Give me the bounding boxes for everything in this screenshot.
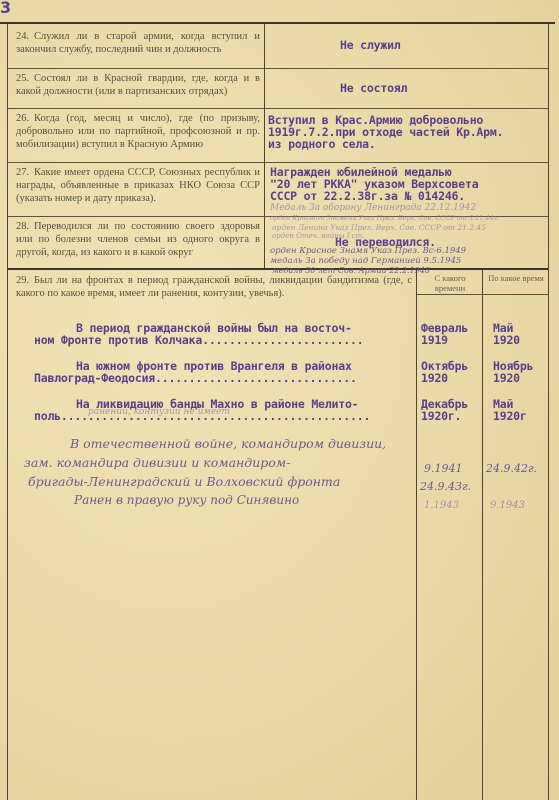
entry-1-from-year: 1919 bbox=[421, 334, 448, 346]
question-25: 25.Состоял ли в Красной гвардии, где, ко… bbox=[16, 72, 260, 98]
row-divider bbox=[8, 108, 548, 109]
handwritten-line-1: В отечественной войне, командиром дивизи… bbox=[70, 436, 386, 451]
question-27: 27.Какие имеет ордена СССР, Союзных респ… bbox=[16, 166, 260, 205]
handwritten-to-1: 24.9.42г. bbox=[486, 462, 537, 475]
left-border bbox=[7, 24, 8, 800]
answer-26-line-3: из родного села. bbox=[268, 138, 376, 150]
entry-2-line-2: Павлоград-Феодосия......................… bbox=[34, 372, 357, 384]
entry-2-from-year: 1920 bbox=[421, 372, 448, 384]
question-26: 26.Когда (год, месяц и число), где (по п… bbox=[16, 112, 260, 151]
handwritten-from-2: 24.9.43г. bbox=[420, 480, 471, 493]
column-header-divider bbox=[417, 294, 548, 295]
column-header-from: С какого времени bbox=[420, 273, 480, 293]
handwritten-line-4: Ранен в правую руку под Синявино bbox=[74, 493, 299, 507]
right-border bbox=[548, 24, 549, 800]
entry-3-handwritten-note: ранений, контузий не имеет bbox=[88, 407, 230, 417]
column-divider-from bbox=[416, 270, 417, 800]
answer-25: Не состоял bbox=[340, 82, 407, 94]
handwritten-award-2: орден Красного Знамени Указ През. Верх. … bbox=[270, 214, 499, 222]
page-number-mark: 3 bbox=[0, 0, 11, 17]
column-divider bbox=[264, 24, 265, 268]
column-header-to: По какое время bbox=[486, 273, 546, 283]
entry-1-line-2: ном Фронте против Колчака...............… bbox=[34, 334, 363, 346]
answer-24: Не служил bbox=[340, 39, 401, 51]
handwritten-award-5: орден Красное Знамя Указ През. Вс-6.1949 bbox=[270, 246, 466, 256]
column-divider-to bbox=[482, 270, 483, 800]
answer-27-line-3: СССР от 22.2.38г.за № 014246. bbox=[270, 190, 465, 202]
handwritten-award-1: Медаль За оборону Ленинграда 22.12.1942 bbox=[270, 203, 476, 213]
question-28: 28.Переводился ли по состоянию своего зд… bbox=[16, 220, 260, 259]
entry-2-to-year: 1920 bbox=[493, 372, 520, 384]
entry-3-from-year: 1920г. bbox=[421, 410, 461, 422]
row-divider bbox=[8, 68, 548, 69]
entry-1-to-year: 1920 bbox=[493, 334, 520, 346]
handwritten-line-2: зам. командира дивизии и командиром- bbox=[24, 455, 290, 470]
handwritten-to-faint: 9.1943 bbox=[490, 500, 525, 511]
handwritten-award-3: орден Ленина Указ През. Верх. Сов. СССР … bbox=[272, 223, 486, 232]
top-border bbox=[0, 22, 555, 24]
entry-3-to-year: 1920г bbox=[493, 410, 527, 422]
question-29: 29.Был ли на фронтах в период гражданско… bbox=[16, 274, 412, 300]
question-24: 24.Служил ли в старой армии, когда вступ… bbox=[16, 30, 260, 56]
handwritten-from-faint: 1.1943 bbox=[424, 500, 459, 511]
row-divider bbox=[8, 162, 548, 163]
handwritten-award-6: медаль За победу над Германией 9.5.1945 bbox=[270, 256, 461, 266]
handwritten-line-3: бригады-Ленинградский и Волховский фронт… bbox=[28, 474, 340, 489]
handwritten-from-1: 9.1941 bbox=[424, 462, 463, 475]
